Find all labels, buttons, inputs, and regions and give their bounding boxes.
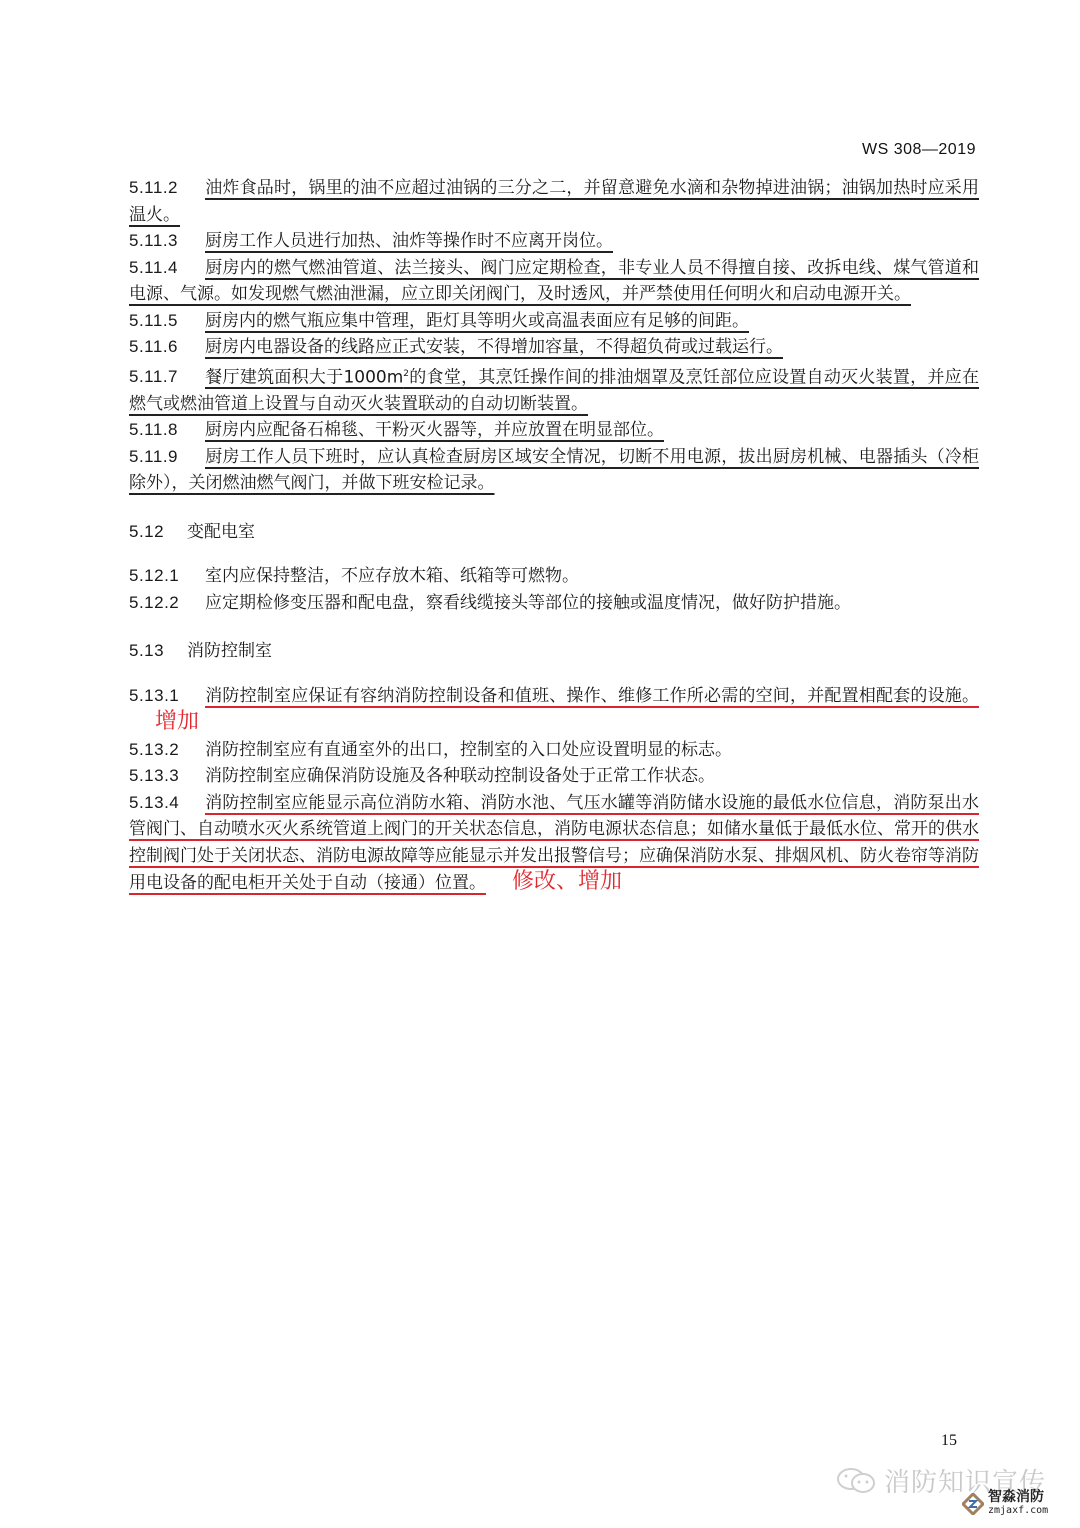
document-page: WS 308—2019 5.11.2油炸食品时，锅里的油不应超过油锅的三分之二，… [0,0,1080,1528]
clause-number: 5.13.3 [129,763,205,790]
clause-5-11-9: 5.11.9厨房工作人员下班时，应认真检查厨房区域安全情况，切断不用电源，拔出厨… [129,444,979,497]
document-body: 5.11.2油炸食品时，锅里的油不应超过油锅的三分之二，并留意避免水滴和杂物掉进… [129,175,979,897]
clause-text: 厨房内应配备石棉毯、干粉灭火器等，并应放置在明显部位。 [205,420,664,440]
clause-number: 5.13.4 [129,790,205,817]
section-number: 5.12 [129,519,187,546]
clause-5-11-7: 5.11.7餐厅建筑面积大于1000m2的食堂，其烹饪操作间的排油烟罩及烹饪部位… [129,361,979,418]
section-title: 变配电室 [187,522,255,542]
document-code: WS 308—2019 [862,141,976,159]
section-number: 5.13 [129,638,187,665]
clause-number: 5.11.6 [129,334,205,361]
wechat-icon [836,1467,878,1495]
clause-number: 5.11.9 [129,444,205,471]
clause-text: 厨房工作人员下班时，应认真检查厨房区域安全情况，切断不用电源，拔出厨房机械、电器… [129,447,979,494]
clause-text: 厨房内的燃气燃油管道、法兰接头、阀门应定期检查，非专业人员不得擅自接、改拆电线、… [129,258,979,305]
clause-number: 5.11.2 [129,175,205,202]
clause-number: 5.12.2 [129,590,205,617]
brand-logo-icon [962,1493,984,1515]
clause-number: 5.11.5 [129,308,205,335]
section-title: 消防控制室 [187,641,272,661]
clause-number: 5.13.2 [129,737,205,764]
brand-name: 智淼消防 [988,1490,1048,1504]
clause-5-11-8: 5.11.8厨房内应配备石棉毯、干粉灭火器等，并应放置在明显部位。 [129,417,979,444]
clause-5-13-4: 5.13.4消防控制室应能显示高位消防水箱、消防水池、气压水罐等消防储水设施的最… [129,790,979,897]
clause-number: 5.11.4 [129,255,205,282]
clause-text: 厨房内的燃气瓶应集中管理，距灯具等明火或高温表面应有足够的间距。 [205,311,749,331]
amended-text: 5.13.1消防控制室应保证有容纳消防控制设备和值班、操作、维修工作所必需的空间… [129,686,979,706]
clause-5-12-1: 5.12.1室内应保持整洁，不应存放木箱、纸箱等可燃物。 [129,563,979,590]
clause-5-11-5: 5.11.5厨房内的燃气瓶应集中管理，距灯具等明火或高温表面应有足够的间距。 [129,308,979,335]
clause-text: 厨房工作人员进行加热、油炸等操作时不应离开岗位。 [205,231,613,251]
clause-text: 室内应保持整洁，不应存放木箱、纸箱等可燃物。 [205,566,579,586]
clause-5-11-4: 5.11.4厨房内的燃气燃油管道、法兰接头、阀门应定期检查，非专业人员不得擅自接… [129,255,979,308]
clause-5-13-3: 5.13.3消防控制室应确保消防设施及各种联动控制设备处于正常工作状态。 [129,763,979,790]
clause-5-13-2: 5.13.2消防控制室应有直通室外的出口，控制室的入口处应设置明显的标志。 [129,737,979,764]
clause-number: 5.12.1 [129,563,205,590]
clause-number: 5.11.3 [129,228,205,255]
clause-5-13-1: 5.13.1消防控制室应保证有容纳消防控制设备和值班、操作、维修工作所必需的空间… [129,683,979,737]
clause-number: 5.11.8 [129,417,205,444]
annotation-added: 增加 [155,709,199,736]
section-heading-5-13: 5.13消防控制室 [129,638,979,665]
clause-5-11-3: 5.11.3厨房工作人员进行加热、油炸等操作时不应离开岗位。 [129,228,979,255]
clause-5-12-2: 5.12.2应定期检修变压器和配电盘，察看线缆接头等部位的接触或温度情况，做好防… [129,590,979,617]
clause-5-11-2: 5.11.2油炸食品时，锅里的油不应超过油锅的三分之二，并留意避免水滴和杂物掉进… [129,175,979,228]
brand-url: zmjaxf.com [988,1504,1048,1518]
section-heading-5-12: 5.12变配电室 [129,519,979,546]
clause-text: 消防控制室应保证有容纳消防控制设备和值班、操作、维修工作所必需的空间，并配置相配… [205,686,979,706]
clause-5-11-6: 5.11.6厨房内电器设备的线路应正式安装，不得增加容量，不得超负荷或过载运行。 [129,334,979,361]
brand-watermark: 智淼消防 zmjaxf.com [962,1490,1048,1518]
clause-text: 厨房内电器设备的线路应正式安装，不得增加容量，不得超负荷或过载运行。 [205,337,783,357]
clause-number: 5.13.1 [129,683,205,710]
clause-number: 5.11.7 [129,364,205,391]
page-number: 15 [941,1432,957,1450]
clause-text: 餐厅建筑面积大于1000m [205,367,403,387]
clause-text: 消防控制室应有直通室外的出口，控制室的入口处应设置明显的标志。 [205,740,732,760]
clause-text: 消防控制室应确保消防设施及各种联动控制设备处于正常工作状态。 [205,766,715,786]
clause-text: 油炸食品时，锅里的油不应超过油锅的三分之二，并留意避免水滴和杂物掉进油锅；油锅加… [129,178,979,225]
clause-text: 应定期检修变压器和配电盘，察看线缆接头等部位的接触或温度情况，做好防护措施。 [205,593,851,613]
annotation-modified-added: 修改、增加 [512,869,622,896]
